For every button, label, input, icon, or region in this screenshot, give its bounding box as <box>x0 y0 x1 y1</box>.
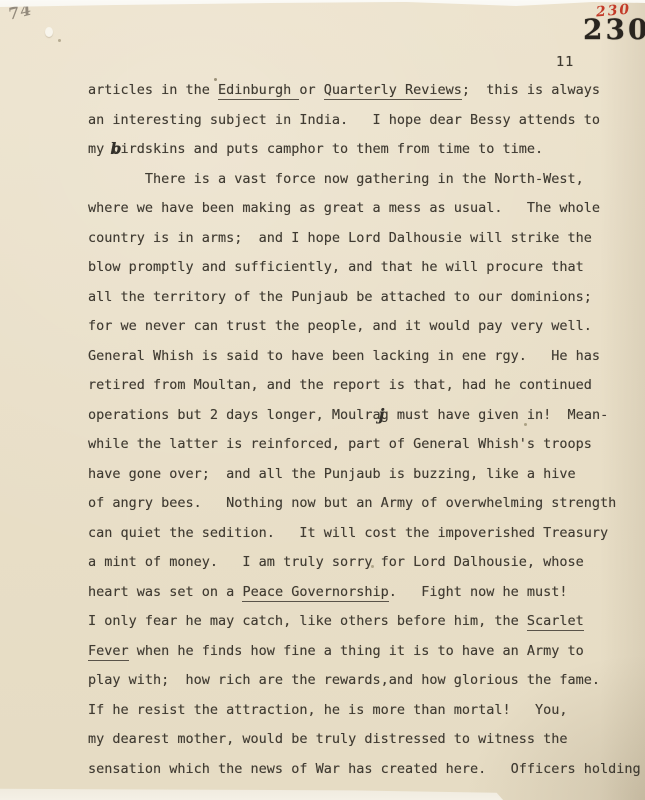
typed-line: There is a vast force now gathering in t… <box>88 165 645 195</box>
typed-line: while the latter is reinforced, part of … <box>88 430 645 460</box>
typed-line: have gone over; and all the Punjaub is b… <box>88 460 645 490</box>
typed-lines: articles in the Edinburgh or Quarterly R… <box>88 76 645 784</box>
typed-line: where we have been making as great a mes… <box>88 194 645 224</box>
stamped-folio-number: 230 <box>583 13 645 46</box>
typed-line: retired from Moultan, and the report is … <box>88 371 645 401</box>
typed-line: sensation which the news of War has crea… <box>88 755 645 785</box>
typed-line: an interesting subject in India. I hope … <box>88 106 645 136</box>
typed-line: play with; how rich are the rewards,and … <box>88 666 645 696</box>
handwritten-correction: j <box>379 405 385 424</box>
typed-line: can quiet the sedition. It will cost the… <box>88 519 645 549</box>
typed-line: blow promptly and sufficiently, and that… <box>88 253 645 283</box>
typed-line: heart was set on a Peace Governorship. F… <box>88 578 645 608</box>
typed-line: for we never can trust the people, and i… <box>88 312 645 342</box>
paper-fleck <box>45 27 53 37</box>
typed-line: articles in the Edinburgh or Quarterly R… <box>88 76 645 106</box>
typed-line: country is in arms; and I hope Lord Dalh… <box>88 224 645 254</box>
typed-line: If he resist the attraction, he is more … <box>88 696 645 726</box>
typed-line: my bbirdskins and puts camphor to them f… <box>88 135 645 165</box>
typed-line: all the territory of the Punjaub be atta… <box>88 283 645 313</box>
typed-page-number: 11 <box>556 54 574 70</box>
typed-line: of angry bees. Nothing now but an Army o… <box>88 489 645 519</box>
typed-line: General Whish is said to have been lacki… <box>88 342 645 372</box>
paper-speck <box>58 39 61 42</box>
scanned-letter-page: 74 230 230 11 articles in the Edinburgh … <box>0 0 645 800</box>
typed-line: I only fear he may catch, like others be… <box>88 607 645 637</box>
typed-line: operations but 2 days longer, Moulragj m… <box>88 401 645 431</box>
typed-line: my dearest mother, would be truly distre… <box>88 725 645 755</box>
pencil-corner-annotation: 74 <box>6 0 34 24</box>
typed-line: a mint of money. I am truly sorry for Lo… <box>88 548 645 578</box>
handwritten-correction: b <box>110 139 121 158</box>
typed-line: Fever when he finds how fine a thing it … <box>88 637 645 667</box>
